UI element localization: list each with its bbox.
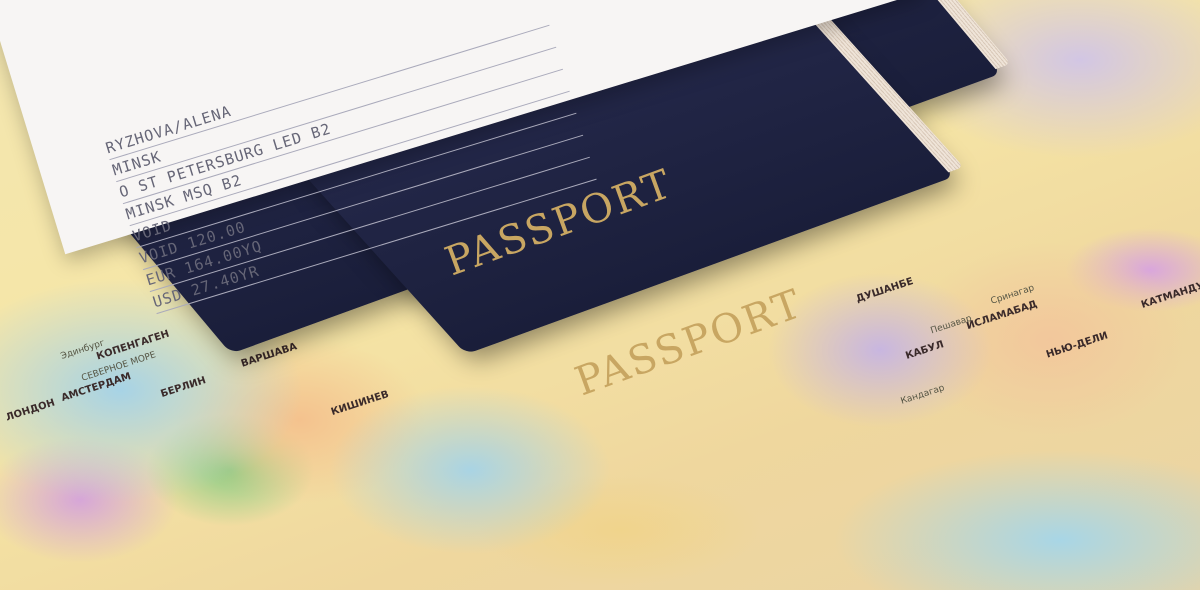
photo-scene: КОПЕНГАГЕН АМСТЕРДАМ БЕРЛИН ВАРШАВА ЛОНД…	[0, 0, 1200, 590]
